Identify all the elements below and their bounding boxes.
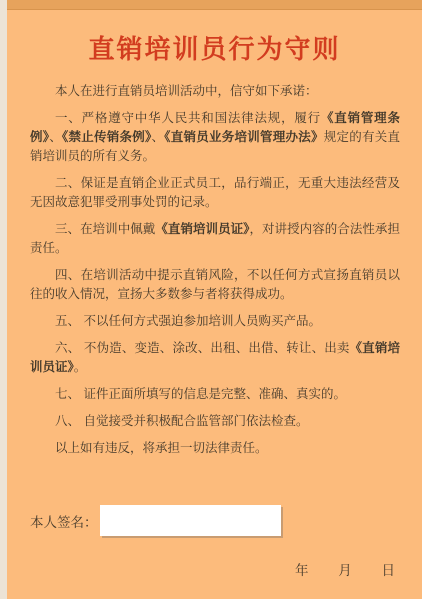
term-paragraph: 三、在培训中佩戴《直销培训员证》，对讲授内容的合法性承担责任。	[30, 220, 400, 258]
page-top-edge	[7, 0, 422, 10]
term-paragraph: 四、在培训活动中提示直销风险，不以任何方式宣扬直销员以往的收入情况，宣扬大多数参…	[30, 266, 400, 304]
date-day-label: 日	[382, 563, 396, 578]
terms-list: 本人在进行直销员培训活动中，信守如下承诺：一、严格遵守中华人民共和国法律法规，履…	[7, 82, 422, 458]
signature-label: 本人签名：	[30, 511, 98, 531]
signature-input[interactable]	[100, 505, 281, 536]
term-paragraph: 一、严格遵守中华人民共和国法律法规，履行《直销管理条例》、《禁止传销条例》、《直…	[30, 109, 400, 166]
term-paragraph: 本人在进行直销员培训活动中，信守如下承诺：	[30, 82, 400, 101]
term-paragraph: 七、 证件正面所填写的信息是完整、准确、真实的。	[30, 385, 400, 404]
date-year-label: 年	[295, 563, 309, 578]
term-paragraph: 以上如有违反，将承担一切法律责任。	[30, 439, 400, 458]
document-page: 直销培训员行为守则 本人在进行直销员培训活动中，信守如下承诺：一、严格遵守中华人…	[7, 0, 422, 599]
date-month-label: 月	[338, 563, 352, 578]
signature-row: 本人签名：	[7, 505, 422, 536]
term-paragraph: 五、 不以任何方式强迫参加培训人员购买产品。	[30, 312, 400, 331]
date-row: 年 月 日	[7, 559, 422, 579]
term-paragraph: 六、 不伪造、变造、涂改、出租、出借、转让、出卖《直销培训员证》。	[30, 339, 400, 377]
term-paragraph: 二、保证是直销企业正式员工，品行端正，无重大违法经营及无因故意犯罪受刑事处罚的记…	[30, 174, 400, 212]
term-paragraph: 八、 自觉接受并积极配合监管部门依法检查。	[30, 412, 400, 431]
